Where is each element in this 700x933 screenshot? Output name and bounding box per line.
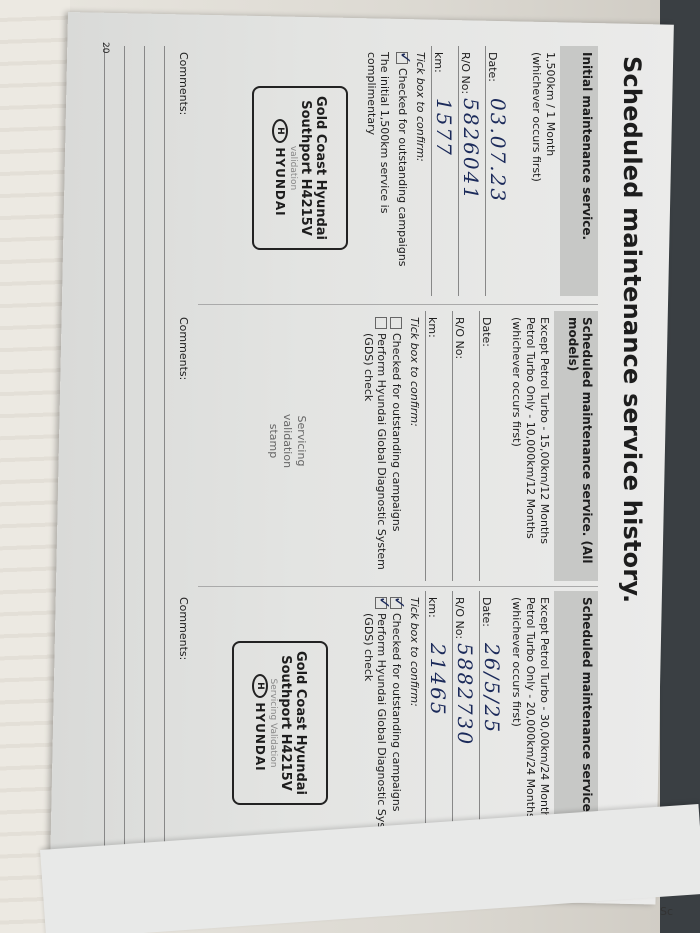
campaigns-checkbox[interactable]: Checked for outstanding campaigns [389,311,404,581]
hyundai-logo: HHYUNDAI [252,674,268,771]
comments-label: Comments: [177,317,190,380]
comment-line[interactable] [164,46,165,856]
dealer-stamp: Gold Coast Hyundai Southport H4215V Serv… [232,641,328,805]
stamp-placeholder: Servicing validation stamp [266,401,308,481]
tick-instruction: Tick box to confirm: [410,46,431,296]
hyundai-emblem-icon: H [272,119,288,143]
km-field[interactable]: km:1577 [431,46,458,296]
tick-instruction: Tick box to confirm: [404,311,425,581]
checkbox-icon[interactable] [375,597,387,609]
page-number: 20 [100,42,110,53]
hyundai-logo: HHYUNDAI [272,119,288,216]
column-divider [198,304,598,305]
date-field[interactable]: Date: [479,311,506,581]
service-interval: 1,500km / 1 Month (whichever occurs firs… [512,46,560,296]
comments-label: Comments: [177,52,190,115]
checkbox-icon[interactable] [396,52,408,64]
service-history-sheet: Scheduled maintenance service history. I… [90,36,650,856]
campaigns-checkbox[interactable]: Checked for outstanding campaigns [395,46,410,296]
campaigns-checkbox[interactable]: Checked for outstanding campaigns [389,591,404,861]
column-heading: Initial maintenance service. [560,46,598,296]
column-heading: Scheduled maintenance service. (All mode… [554,311,598,581]
ro-number-field[interactable]: R/O No:5826041 [458,46,485,296]
complimentary-note: The initial 1,500km service is complimen… [361,46,395,296]
date-field[interactable]: Date:03.07.23 [485,46,512,296]
next-page-title-peek: Sc [660,905,700,918]
gds-check-checkbox[interactable]: Perform Hyundai Global Diagnostic System… [361,591,389,861]
comment-line[interactable] [104,46,105,856]
tick-instruction: Tick box to confirm: [404,591,425,861]
service-interval: Except Petrol Turbo - 15,00km/12 Months … [506,311,554,581]
gds-check-checkbox[interactable]: Perform Hyundai Global Diagnostic System… [361,311,389,581]
checkbox-icon[interactable] [375,317,387,329]
comment-line[interactable] [124,46,125,856]
scheduled-service-column-1: Scheduled maintenance service. (All mode… [118,311,598,581]
comment-line[interactable] [144,46,145,856]
hyundai-emblem-icon: H [252,674,268,698]
comments-label: Comments: [177,597,190,660]
km-field[interactable]: km: [425,311,452,581]
initial-service-column: Initial maintenance service. 1,500km / 1… [118,46,598,296]
dealer-stamp: Gold Coast Hyundai Southport H4215V vali… [252,86,348,250]
checkbox-icon[interactable] [390,317,402,329]
page-title: Scheduled maintenance service history. [618,56,646,603]
column-divider [198,586,598,587]
ro-number-field[interactable]: R/O No: [452,311,479,581]
